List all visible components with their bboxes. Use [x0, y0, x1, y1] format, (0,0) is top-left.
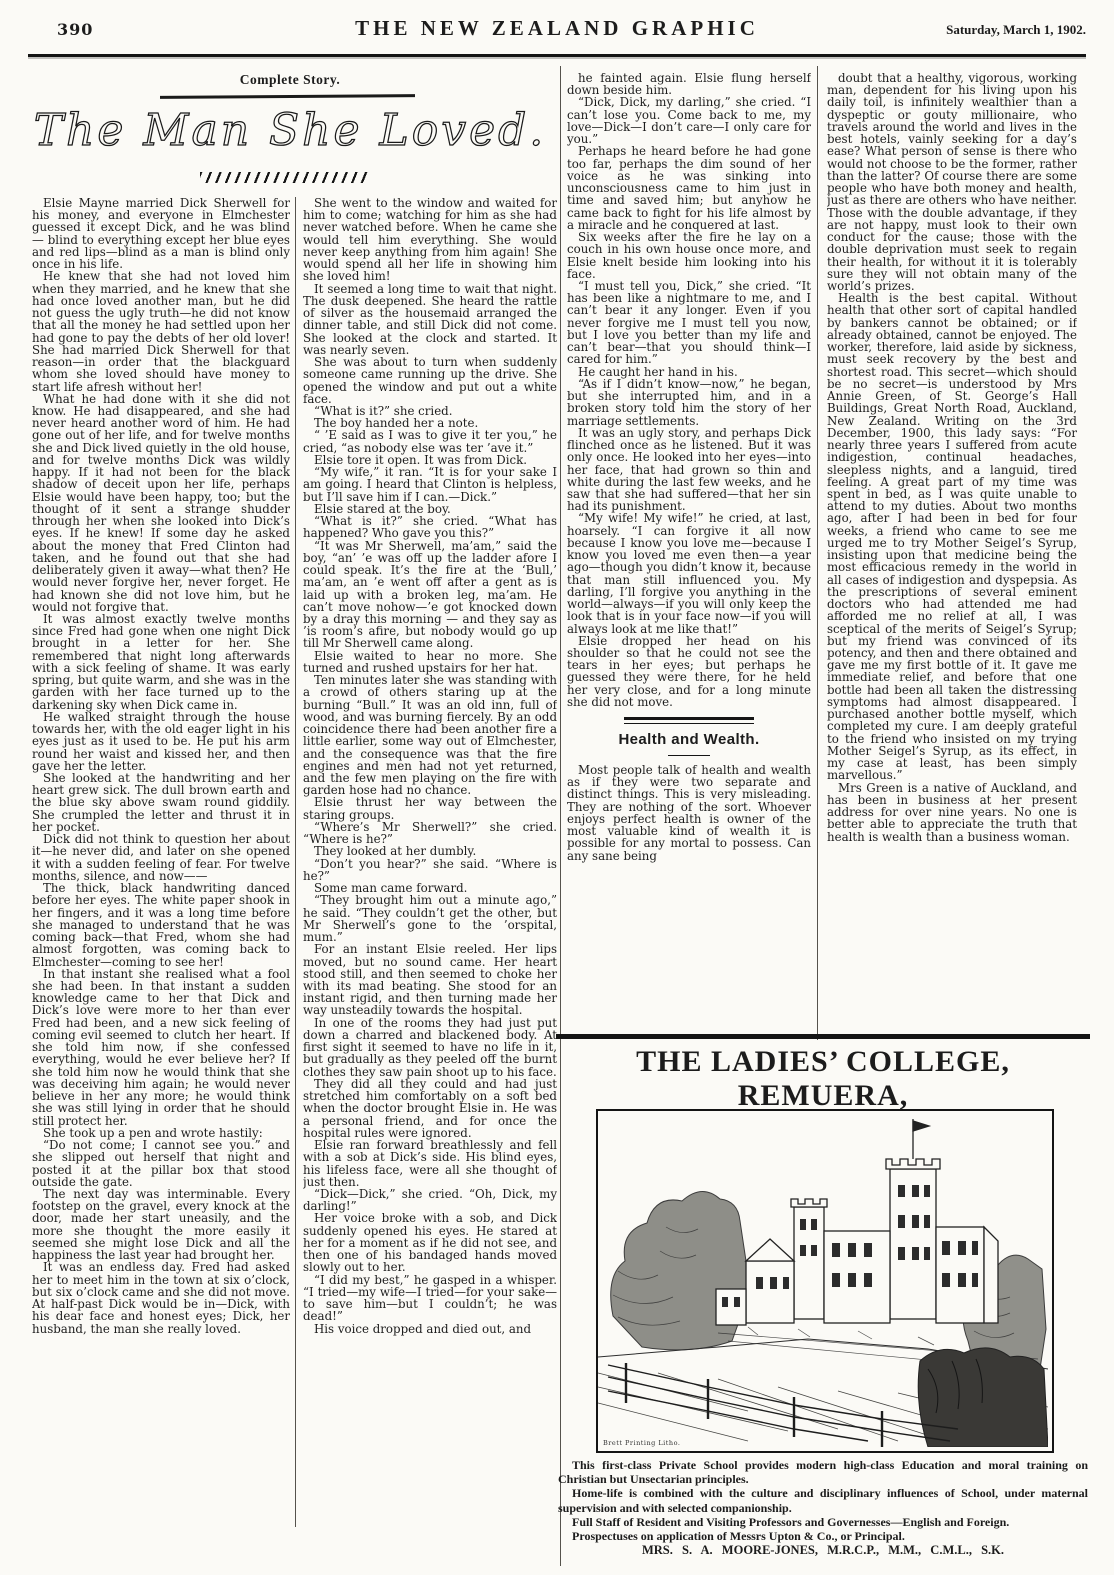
health-wealth-heading: Health and Wealth. [567, 734, 811, 746]
column-divider-1 [295, 197, 296, 1527]
health-wealth-column-4: doubt that a healthy, vigorous, working … [827, 72, 1077, 1047]
paragraph: Most people talk of health and wealth as… [567, 764, 811, 862]
paragraph: They looked at her dumbly. [303, 845, 557, 857]
paragraph: “I must tell you, Dick,” she cried. “It … [567, 280, 811, 366]
paragraph: “I did my best,” he gasped in a whisper.… [303, 1274, 557, 1323]
paragraph: Her voice broke with a sob, and Dick sud… [303, 1212, 557, 1273]
paragraph: “As if I didn’t know—now,” he began, but… [567, 378, 811, 427]
newspaper-page: 390 THE NEW ZEALAND GRAPHIC Saturday, Ma… [0, 0, 1114, 1575]
story-title-art: The Man She Loved. [35, 100, 545, 162]
story-column-1: Elsie Mayne married Dick Sherwell for hi… [32, 197, 290, 1557]
paragraph: The thick, black handwriting danced befo… [32, 882, 290, 968]
paragraph: For an instant Elsie reeled. Her lips mo… [303, 943, 557, 1016]
cleveland-house-illustration: Brett Printing Litho. [596, 1109, 1054, 1453]
paragraph: “Where’s Mr Sherwell?” she cried. “Where… [303, 821, 557, 845]
paragraph: Perhaps he heard before he had gone too … [567, 145, 811, 231]
engraver-signature: Brett Printing Litho. [603, 1439, 680, 1447]
paragraph: “My wife,” it ran. “It is for your sake … [303, 466, 557, 503]
paragraph: Health is the best capital. Without heal… [827, 292, 1077, 781]
paragraph: Elsie waited to hear no more. She turned… [303, 650, 557, 674]
paragraph: Ten minutes later she was standing with … [303, 674, 557, 796]
paragraph: “It was Mr Sherwell, ma’am,” said the bo… [303, 540, 557, 650]
paragraph: It seemed a long time to wait that night… [303, 283, 557, 356]
paragraph: “ ’E said as I was to give it ter you,” … [303, 429, 557, 453]
paragraph: He knew that she had not loved him when … [32, 270, 290, 392]
story-column-2: She went to the window and waited for hi… [303, 197, 557, 1562]
paragraph: His voice dropped and died out, and [303, 1323, 557, 1335]
paragraph: The next day was interminable. Every foo… [32, 1188, 290, 1261]
paragraph: She went to the window and waited for hi… [303, 197, 557, 283]
story-column-3-text: he fainted again. Elsie flung herself do… [567, 72, 811, 708]
ad-title: THE LADIES’ COLLEGE, REMUERA, [556, 1045, 1090, 1113]
paragraph: Elsie ran forward breathlessly and fell … [303, 1139, 557, 1188]
header-rule [28, 54, 1086, 57]
paragraph: he fainted again. Elsie flung herself do… [567, 72, 811, 96]
paragraph: They did all they could and had just str… [303, 1078, 557, 1139]
column-divider-3 [817, 66, 818, 1040]
issue-date: Saturday, March 1, 1902. [946, 22, 1086, 38]
paragraph: She looked at the handwriting and her he… [32, 772, 290, 833]
paragraph: Elsie Mayne married Dick Sherwell for hi… [32, 197, 290, 270]
paragraph: “My wife! My wife!” he cried, at last, h… [567, 512, 811, 634]
paragraph: “What is it?” she cried. “What has happe… [303, 515, 557, 539]
paragraph: In one of the rooms they had just put do… [303, 1017, 557, 1078]
paragraph: It was an ugly story, and perhaps Dick f… [567, 427, 811, 513]
paragraph: He walked straight through the house tow… [32, 711, 290, 772]
paragraph: “Dick, Dick, my darling,” she cried. “I … [567, 96, 811, 145]
paragraph: What he had done with it she did not kno… [32, 393, 290, 613]
paragraph: Elsie thrust her way between the staring… [303, 796, 557, 820]
paragraph: This first-class Private School provides… [558, 1458, 1088, 1486]
heading-underline-rule [668, 755, 710, 756]
kicker-rule [160, 94, 415, 98]
paragraph: In that instant she realised what a fool… [32, 968, 290, 1127]
ad-body-text: This first-class Private School provides… [558, 1458, 1088, 1543]
title-ornament [200, 172, 370, 183]
ad-top-rule [556, 1034, 1090, 1039]
paragraph: “Do not come; I cannot see you.” and she… [32, 1139, 290, 1188]
story-kicker: Complete Story. [35, 72, 545, 88]
paragraph: Mrs Green is a native of Auckland, and h… [827, 782, 1077, 843]
paragraph: It was almost exactly twelve months sinc… [32, 613, 290, 711]
paragraph: Six weeks after the fire he lay on a cou… [567, 231, 811, 280]
paragraph: doubt that a healthy, vigorous, working … [827, 72, 1077, 292]
paragraph: Home-life is combined with the culture a… [558, 1486, 1088, 1514]
building-etching [598, 1111, 1048, 1447]
paragraph: Dick did not think to question her about… [32, 833, 290, 882]
paragraph: Full Staff of Resident and Visiting Prof… [558, 1515, 1088, 1529]
paragraph: She was about to turn when suddenly some… [303, 356, 557, 405]
section-divider-rule [624, 717, 754, 724]
story-title: The Man She Loved. [35, 105, 545, 156]
paragraph: “Dick—Dick,” she cried. “Oh, Dick, my da… [303, 1188, 557, 1212]
paragraph: “Don’t you hear?” she said. “Where is he… [303, 858, 557, 882]
ad-principal-line: MRS. S. A. MOORE-JONES, M.R.C.P., M.M., … [556, 1543, 1090, 1558]
paragraph: It was an endless day. Fred had asked he… [32, 1261, 290, 1334]
health-wealth-text-col3: Most people talk of health and wealth as… [567, 764, 811, 862]
paragraph: Elsie dropped her head on his shoulder s… [567, 635, 811, 708]
ladies-college-advertisement: THE LADIES’ COLLEGE, REMUERA, FOR GIRLS … [556, 1034, 1090, 1575]
story-column-3: he fainted again. Elsie flung herself do… [567, 72, 811, 1047]
paragraph: “They brought him out a minute ago,” he … [303, 894, 557, 943]
paragraph: Prospectuses on application of Messrs Up… [558, 1529, 1088, 1543]
